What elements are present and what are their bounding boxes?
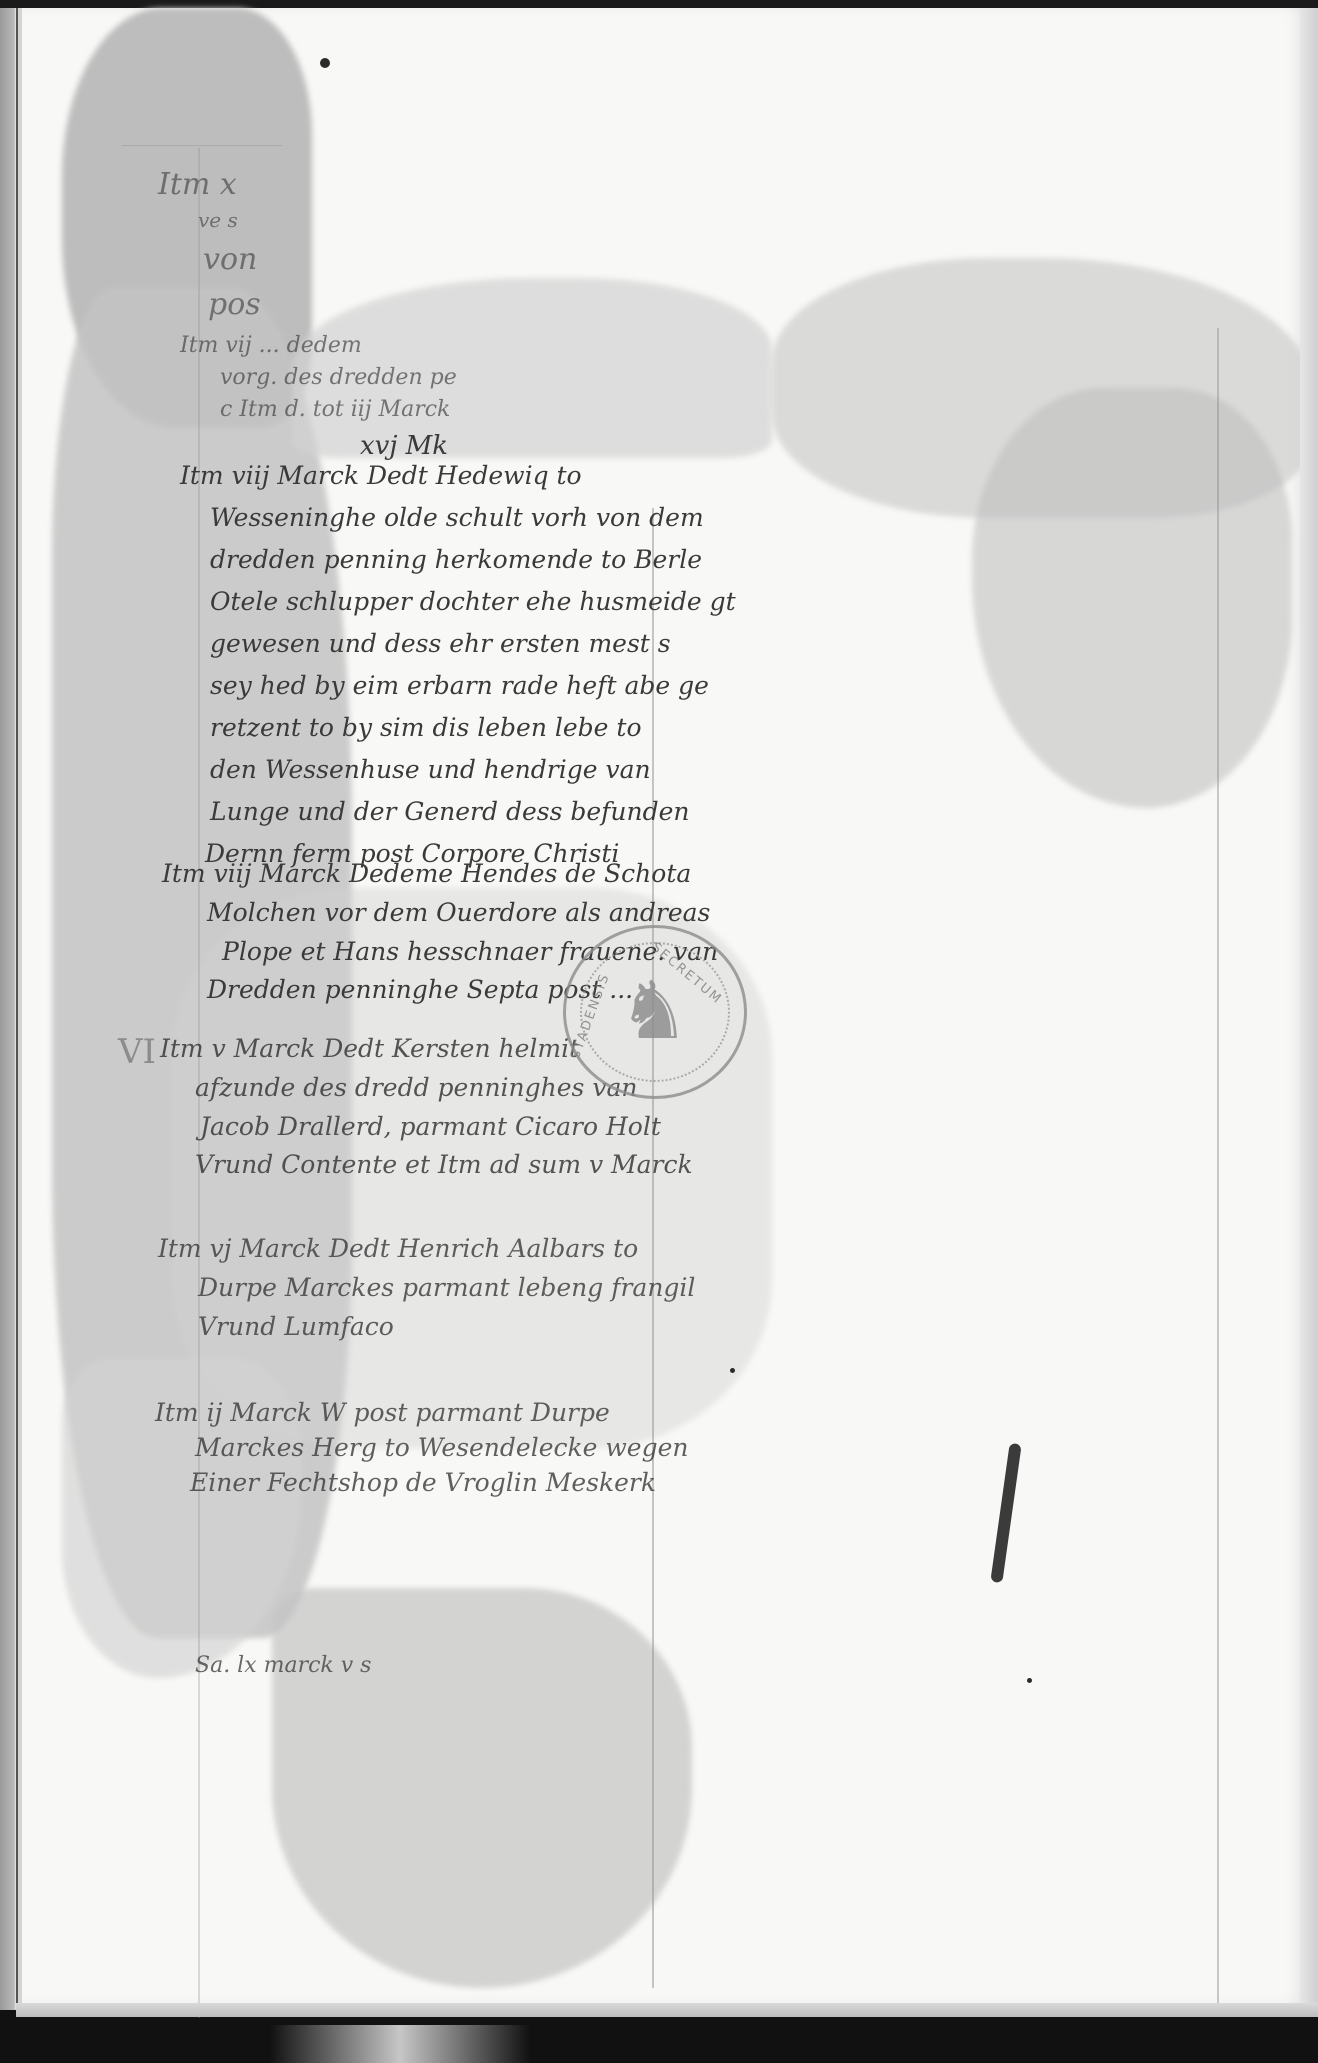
entry-line: den Wessenhuse und hendrige van	[210, 749, 736, 791]
entry-line: Otele schlupper dochter ehe husmeide gt	[210, 581, 736, 623]
entry-line: sey hed by eim erbarn rade heft abe ge	[210, 665, 736, 707]
entry-line: Itm vj Marck Dedt Henrich Aalbars to	[158, 1230, 695, 1269]
entry-line: Marckes Herg to Wesendelecke wegen	[195, 1430, 688, 1465]
ledger-entry-6: Itm vj Marck Dedt Henrich Aalbars to Dur…	[158, 1230, 695, 1346]
entry-line: ve s	[198, 210, 261, 230]
ink-dot-top	[320, 58, 330, 68]
entry-line: retzent to by sim dis leben lebe to	[210, 707, 736, 749]
entry-line: Itm x	[158, 170, 261, 200]
page-right-edge	[1300, 8, 1318, 2003]
entry-line: gewesen und dess ehr ersten mest s	[210, 623, 736, 665]
marginal-numeral: VI	[118, 1032, 156, 1072]
entry-line: Itm vij ... dedem	[180, 330, 457, 362]
entry-line: pos	[208, 290, 261, 320]
entry-line: Jacob Drallerd, parmant Cicaro Holt	[200, 1108, 693, 1147]
ink-dot-right	[1027, 1678, 1032, 1683]
entry-line: Vrund Lumfaco	[198, 1308, 695, 1347]
water-stain-bottom	[272, 1588, 692, 1988]
page-bottom-edge	[16, 2003, 1318, 2017]
ledger-entry-1: Itm x ve s von pos	[158, 170, 261, 320]
ruling-line-right	[1217, 328, 1219, 2008]
ruling-line-top	[122, 145, 282, 146]
entry-line: Durpe Marckes parmant lebeng frangil	[198, 1269, 695, 1308]
entry-line: von	[203, 245, 261, 275]
ledger-entry-2: Itm vij ... dedem vorg. des dredden pe c…	[180, 330, 457, 426]
ink-dot-mid	[730, 1368, 735, 1373]
entry-line: Sa. lx marck v s	[195, 1655, 371, 1677]
entry-line: Itm viij Marck Dedt Hedewiq to	[180, 455, 736, 497]
entry-line: Vrund Contente et Itm ad sum v Marck	[195, 1146, 693, 1185]
entry-line: Wesseninghe olde schult vorh von dem	[210, 497, 736, 539]
entry-line: c Itm d. tot iij Marck	[220, 394, 457, 426]
water-stain-right-lobe	[972, 388, 1292, 808]
entry-line: Lunge und der Generd dess befunden	[210, 791, 736, 833]
city-seal-stamp: ♞ SECRETUM STADENSIS	[563, 925, 747, 1099]
entry-line: Itm viij Marck Dedeme Hendes de Schota	[162, 855, 718, 894]
scan-top-edge	[0, 0, 1318, 8]
entry-line: Einer Fechtshop de Vroglin Meskerk	[190, 1465, 688, 1500]
ledger-summation: Sa. lx marck v s	[195, 1655, 371, 1677]
scanner-glare	[270, 2025, 530, 2063]
interlinear-note: xvj Mk	[360, 425, 448, 469]
ledger-entry-3: xvj Mk Itm viij Marck Dedt Hedewiq to We…	[180, 455, 736, 875]
entry-line: Itm ij Marck W post parmant Durpe	[155, 1395, 688, 1430]
entry-line: vorg. des dredden pe	[220, 362, 457, 394]
ledger-entry-7: Itm ij Marck W post parmant Durpe Marcke…	[155, 1395, 688, 1500]
entry-line: dredden penning herkomende to Berle	[210, 539, 736, 581]
